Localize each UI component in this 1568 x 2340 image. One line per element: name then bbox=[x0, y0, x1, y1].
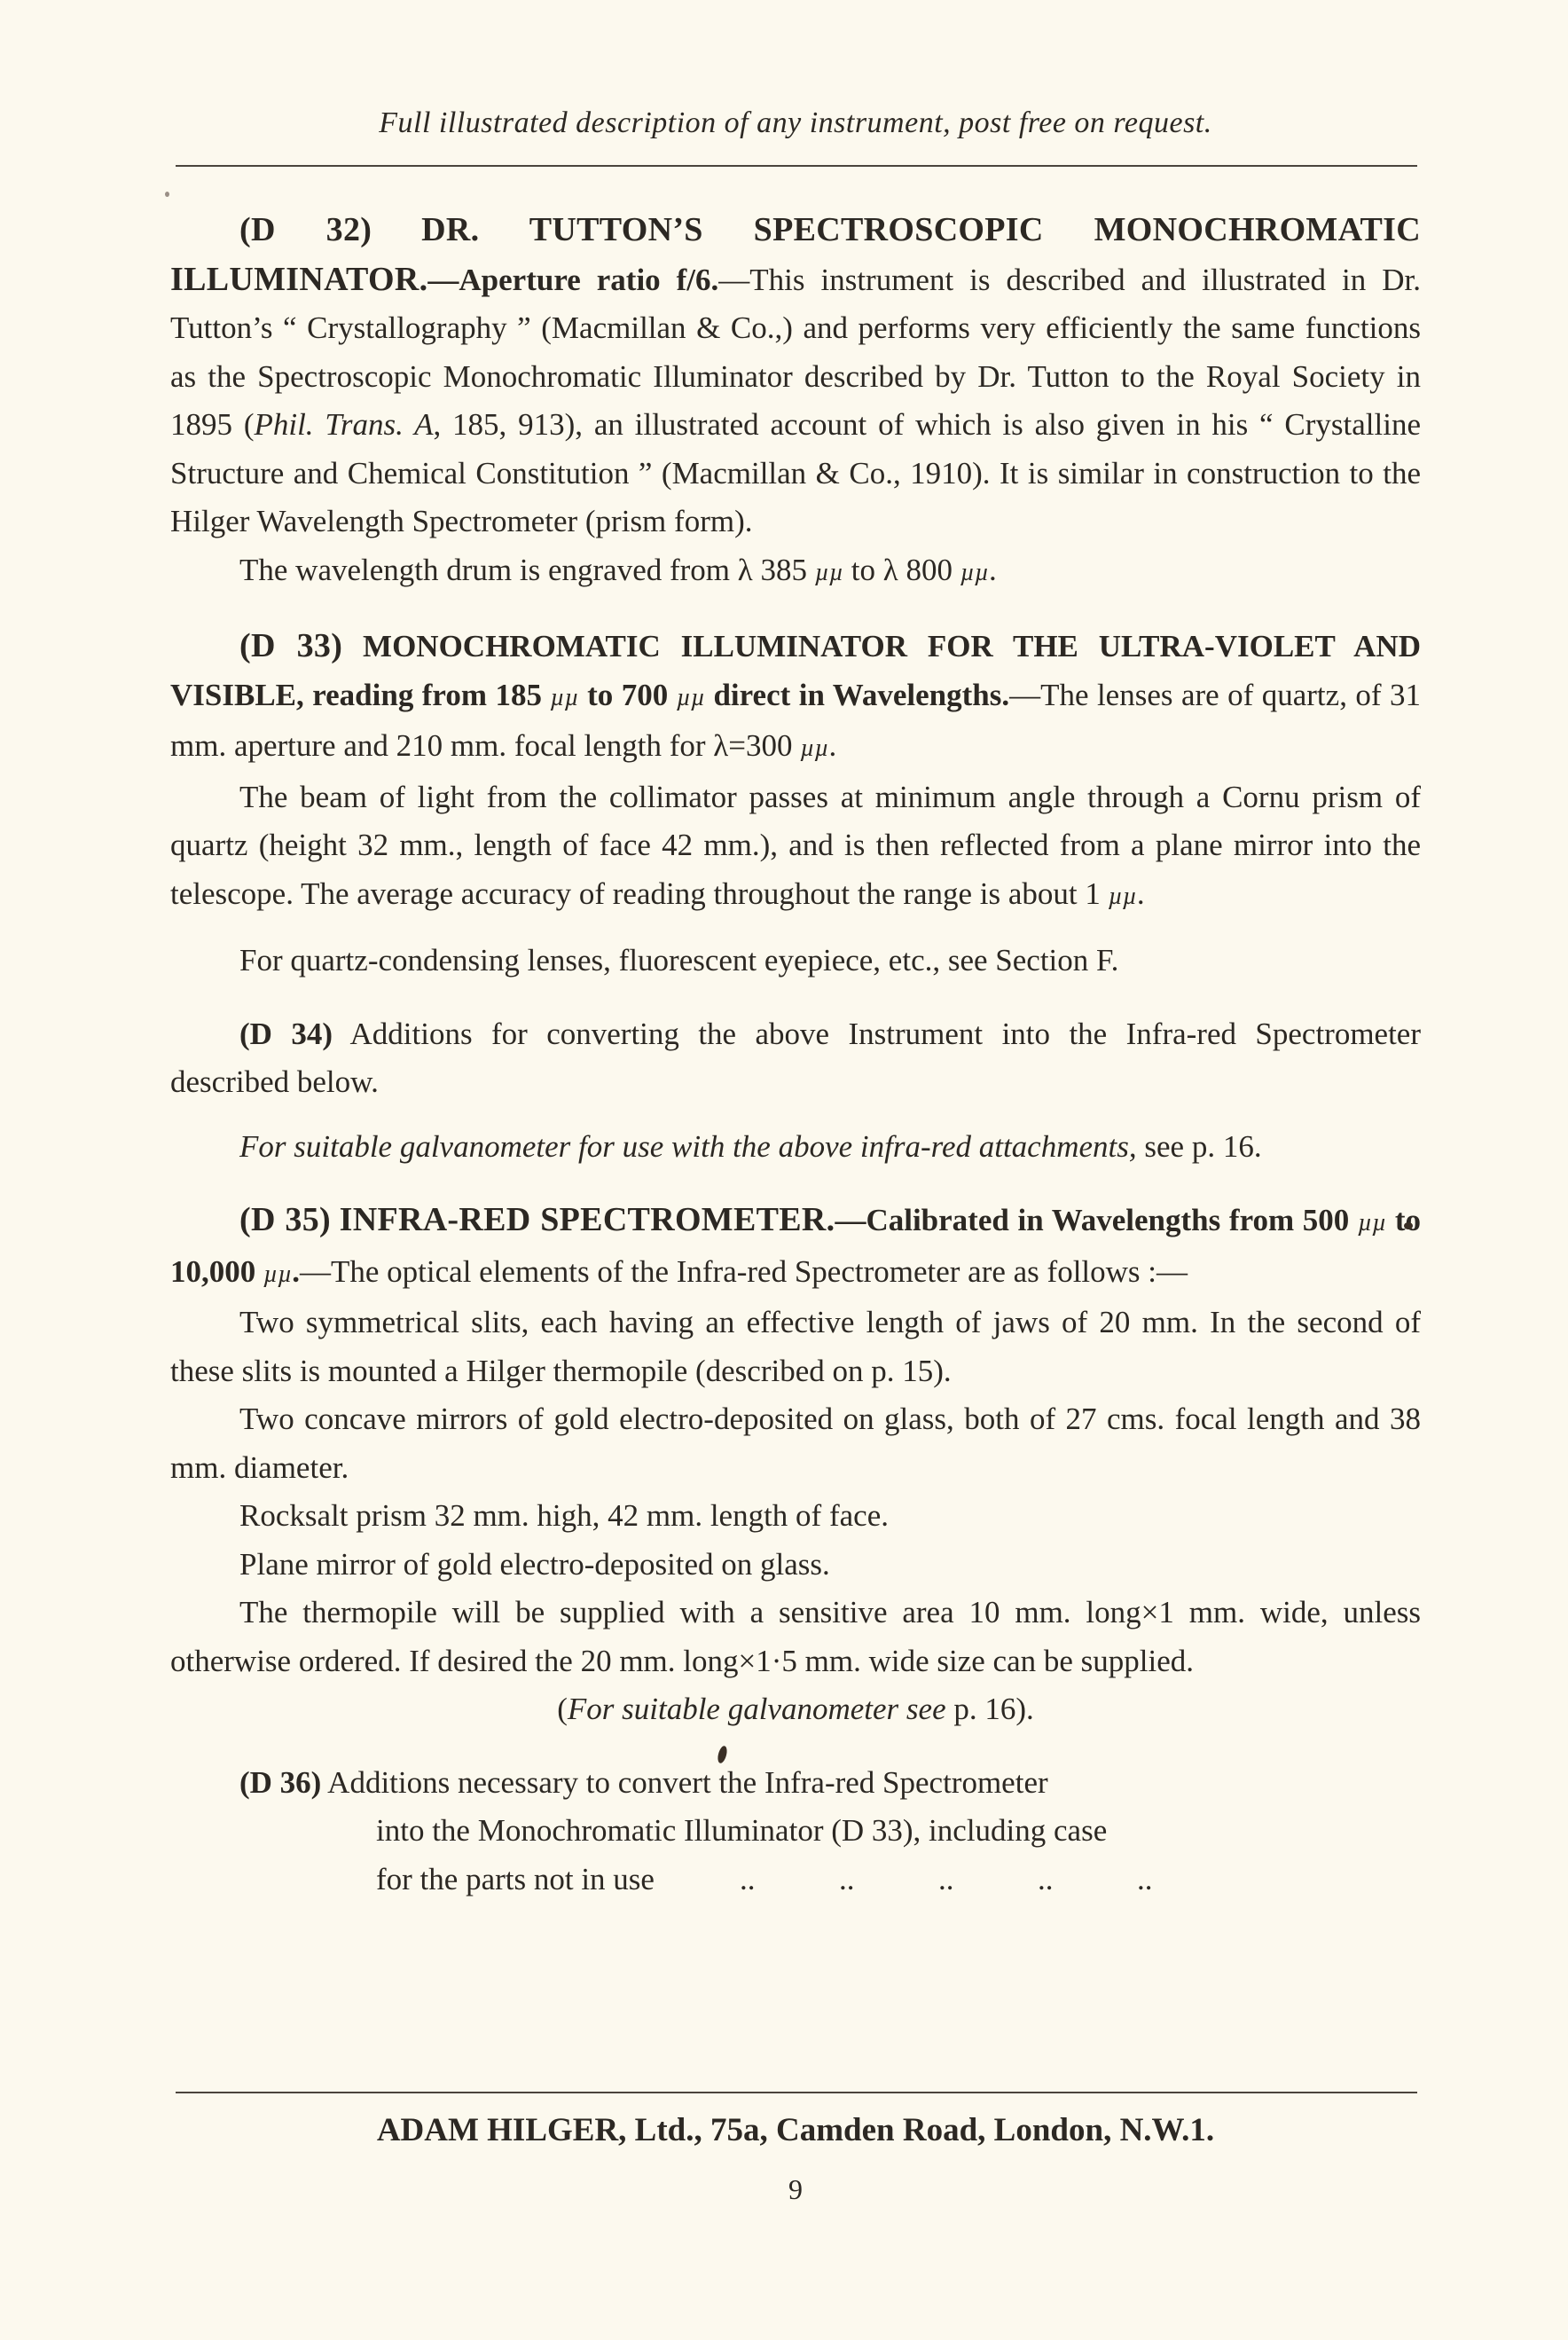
dot-leaders: .......... bbox=[698, 1862, 1195, 1896]
ink-blemish bbox=[165, 192, 169, 197]
d33-paragraph-2: The beam of light from the collimator pa… bbox=[170, 773, 1421, 922]
section-d35: (D 35) INFRA-RED SPECTROMETER.—Calibrate… bbox=[170, 1196, 1421, 1299]
header-rule bbox=[176, 165, 1417, 167]
section-d34: (D 34) Additions for converting the abov… bbox=[170, 1010, 1421, 1107]
d36-line-3: for the parts not in use .......... bbox=[170, 1856, 1243, 1904]
publisher-imprint: ADAM HILGER, Ltd., 75a, Camden Road, Lon… bbox=[170, 2111, 1421, 2149]
d32-citation: Phil. Trans. A bbox=[254, 407, 433, 442]
d33-paragraph-3: For quartz-condensing lenses, fluorescen… bbox=[170, 937, 1421, 985]
d35-item: Two concave mirrors of gold electro-depo… bbox=[170, 1395, 1421, 1492]
d32-drum-range: The wavelength drum is engraved from λ 3… bbox=[170, 546, 1421, 598]
d35-item: Rocksalt prism 32 mm. high, 42 mm. lengt… bbox=[170, 1492, 1421, 1541]
page-number: 9 bbox=[170, 2173, 1421, 2206]
d35-title: INFRA-RED SPECTROMETER. bbox=[340, 1201, 835, 1238]
ink-blemish bbox=[1404, 1222, 1413, 1229]
d35-item: Two symmetrical slits, each having an ef… bbox=[170, 1299, 1421, 1395]
d35-item: Plane mirror of gold electro-deposited o… bbox=[170, 1541, 1421, 1590]
mu-unit: µµ bbox=[815, 559, 843, 586]
d36-line-2: into the Monochromatic Illuminator (D 33… bbox=[170, 1807, 1243, 1856]
d34-code: (D 34) bbox=[239, 1017, 333, 1051]
d35-note: (For suitable galvanometer see p. 16). bbox=[170, 1685, 1421, 1734]
mu-unit: µµ bbox=[960, 559, 989, 586]
d34-body: Additions for converting the above Instr… bbox=[170, 1017, 1421, 1100]
d33-code: (D 33) bbox=[239, 627, 342, 664]
d35-code: (D 35) bbox=[239, 1201, 331, 1238]
d35-body: —The optical elements of the Infra-red S… bbox=[300, 1254, 1188, 1289]
d34-note: For suitable galvanometer for use with t… bbox=[170, 1123, 1421, 1172]
section-d33: (D 33) MONOCHROMATIC ILLUMINATOR FOR THE… bbox=[170, 622, 1421, 773]
d36-line-1: Additions necessary to convert the Infra… bbox=[321, 1765, 1047, 1800]
footer-rule bbox=[176, 2092, 1417, 2093]
running-head: Full illustrated description of any inst… bbox=[170, 106, 1421, 140]
d36-code: (D 36) bbox=[239, 1765, 321, 1800]
page-body: (D 32) DR. TUTTON’S SPECTROSCOPIC MONOCH… bbox=[170, 206, 1421, 1904]
section-d36: (D 36) Additions necessary to convert th… bbox=[170, 1759, 1243, 1904]
d32-code: (D 32) bbox=[239, 211, 372, 248]
d32-subtitle: —Aperture ratio f/6. bbox=[427, 263, 718, 297]
d35-item: The thermopile will be supplied with a s… bbox=[170, 1589, 1421, 1685]
section-d32: (D 32) DR. TUTTON’S SPECTROSCOPIC MONOCH… bbox=[170, 206, 1421, 546]
